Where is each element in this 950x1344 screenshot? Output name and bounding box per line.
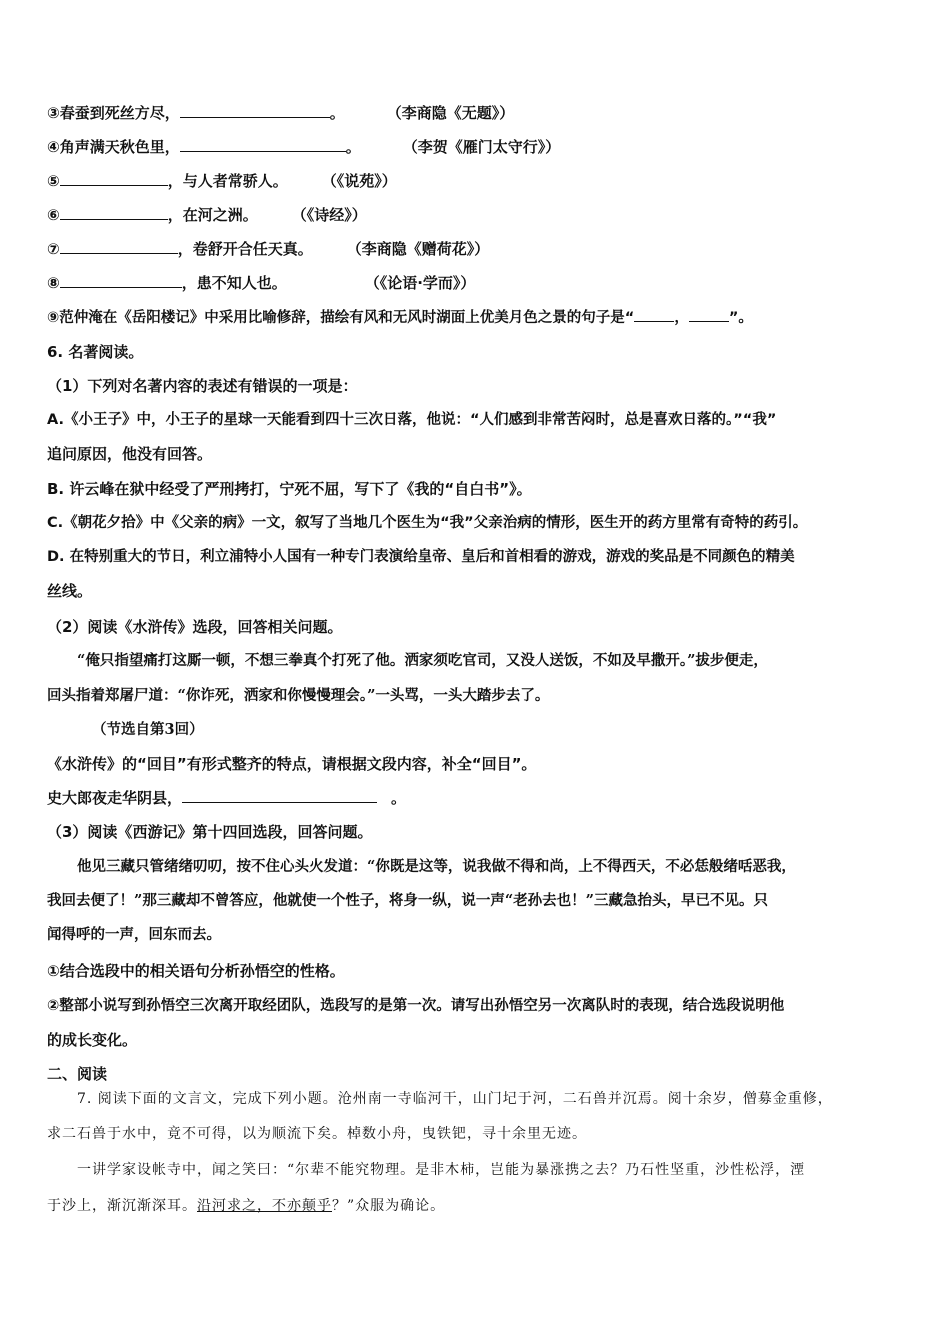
item-separator: ， [674,310,689,326]
item-source: （《论语·学而》） [365,274,476,292]
item-suffix: ”。 [729,310,753,326]
item-source: （李贺《雁门太守行》） [403,138,561,156]
q6-sub3-prompt: （3）阅读《西游记》第十四回选段，回答问题。 [47,822,372,842]
q6-option-a-line1: A.《小王子》中，小王子的星球一天能看到四十三次日落，他说：“人们感到非常苦闷时… [47,410,776,430]
answer-blank[interactable] [60,273,182,288]
q6-option-b: B. 许云峰在狱中经受了严刑拷打，宁死不屈，写下了《我的“自白书”》。 [47,479,532,499]
item-number: ⑤ [47,172,60,190]
xiyou-passage-line3: 闻得呼的一声，回东而去。 [47,925,221,945]
xiyou-question-1: ①结合选段中的相关语句分析孙悟空的性格。 [47,961,345,981]
item-text: ，患不知人也。 [182,274,287,292]
shuihu-source: （节选自第3回） [92,720,204,740]
q6-sub2-prompt: （2）阅读《水浒传》选段，回答相关问题。 [47,617,342,637]
item-source: （李商隐《无题》） [387,104,515,122]
xiyou-passage-line1: 他见三藏只管绪绪叨叨，按不住心头火发道：“你既是这等，说我做不得和尚，上不得西天… [47,857,796,877]
q7-line4-start: 于沙上，渐沉渐深耳。 [47,1198,197,1214]
answer-blank[interactable] [180,137,346,152]
q6-sub1-prompt: （1）下列对名著内容的表述有错误的一项是： [47,376,357,396]
item-text: ，卷舒开合任天真。 [178,240,313,258]
q7-line2: 求二石兽于水中，竟不可得，以为顺流下矣。棹数小舟，曳铁钯，寻十余里无迹。 [47,1124,587,1144]
item-text: ，在河之洲。 [168,206,258,224]
answer-blank[interactable] [60,171,168,186]
q6-option-d-line1: D. 在特别重大的节日，利立浦特小人国有一种专门表演给皇帝、皇后和首相看的游戏，… [47,547,795,567]
item-number: ⑧ [47,274,60,292]
q7-line4-end: ？”众服为确论。 [332,1198,445,1214]
q6-option-c: C.《朝花夕拾》中《父亲的病》一文，叙写了当地几个医生为“我”父亲治病的情形，医… [47,513,807,533]
item-source: （《说苑》） [322,172,397,190]
item-number: ⑥ [47,206,60,224]
answer-blank-1[interactable] [634,307,674,322]
answer-blank-2[interactable] [689,307,729,322]
item-text: ，与人者常骄人。 [168,172,288,190]
q7-line1: 7. 阅读下面的文言文，完成下列小题。沧州南一寺临河干，山门圮于河，二石兽并沉焉… [47,1089,833,1109]
answer-blank[interactable] [182,788,377,803]
recitation-item-5: ⑤，与人者常骄人。（《说苑》） [47,171,397,191]
item-source: （李商隐《赠荷花》） [347,240,490,258]
q6-option-d-line2: 丝线。 [47,581,92,601]
xiyou-passage-line2: 我回去便了！”那三藏却不曾答应，他就使一个性子，将身一纵，说一声“老孙去也！”三… [47,891,768,911]
shuihu-fill: 史大郎夜走华阴县，。 [47,788,406,808]
shuihu-passage-line1: “俺只指望痛打这厮一顿，不想三拳真个打死了他。洒家须吃官司，又没人送饭，不如及早… [47,651,768,671]
underlined-sentence: 沿河求之，不亦颠乎 [197,1198,332,1214]
fill-suffix: 。 [391,789,406,807]
recitation-item-6: ⑥，在河之洲。（《诗经》） [47,205,367,225]
section-heading-reading: 二、阅读 [47,1064,107,1084]
item-suffix: 。 [330,104,345,122]
recitation-item-7: ⑦，卷舒开合任天真。（李商隐《赠荷花》） [47,239,489,259]
shuihu-passage-line2: 回头指着郑屠尸道：“你诈死，洒家和你慢慢理会。”一头骂，一头大踏步去了。 [47,686,549,706]
shuihu-question: 《水浒传》的“回目”有形式整齐的特点，请根据文段内容，补全“回目”。 [47,754,536,774]
fill-prefix: 史大郎夜走华阴县， [47,789,182,807]
item-text: ⑨范仲淹在《岳阳楼记》中采用比喻修辞，描绘有风和无风时湖面上优美月色之景的句子是… [47,310,634,326]
recitation-item-4: ④角声满天秋色里，。（李贺《雁门太守行》） [47,137,560,157]
item-text: ④角声满天秋色里， [47,138,180,156]
item-number: ⑦ [47,240,60,258]
answer-blank[interactable] [180,103,330,118]
xiyou-question-2-line1: ②整部小说写到孙悟空三次离开取经团队，选段写的是第一次。请写出孙悟空另一次离队时… [47,996,784,1016]
q6-title: 6. 名著阅读。 [47,342,143,362]
answer-blank[interactable] [60,205,168,220]
item-source: （《诗经》） [292,206,367,224]
recitation-item-8: ⑧，患不知人也。（《论语·学而》） [47,273,475,293]
q6-option-a-line2: 追问原因，他没有回答。 [47,444,212,464]
item-suffix: 。 [346,138,361,156]
q7-line4: 于沙上，渐沉渐深耳。沿河求之，不亦颠乎？”众服为确论。 [47,1196,445,1216]
xiyou-question-2-line2: 的成长变化。 [47,1030,137,1050]
q7-line3: 一讲学家设帐寺中，闻之笑曰：“尔辈不能究物理。是非木柿，岂能为暴涨携之去？乃石性… [47,1160,805,1180]
item-text: ③春蚕到死丝方尽， [47,104,180,122]
recitation-item-9: ⑨范仲淹在《岳阳楼记》中采用比喻修辞，描绘有风和无风时湖面上优美月色之景的句子是… [47,307,753,328]
answer-blank[interactable] [60,239,178,254]
recitation-item-3: ③春蚕到死丝方尽，。（李商隐《无题》） [47,103,514,123]
